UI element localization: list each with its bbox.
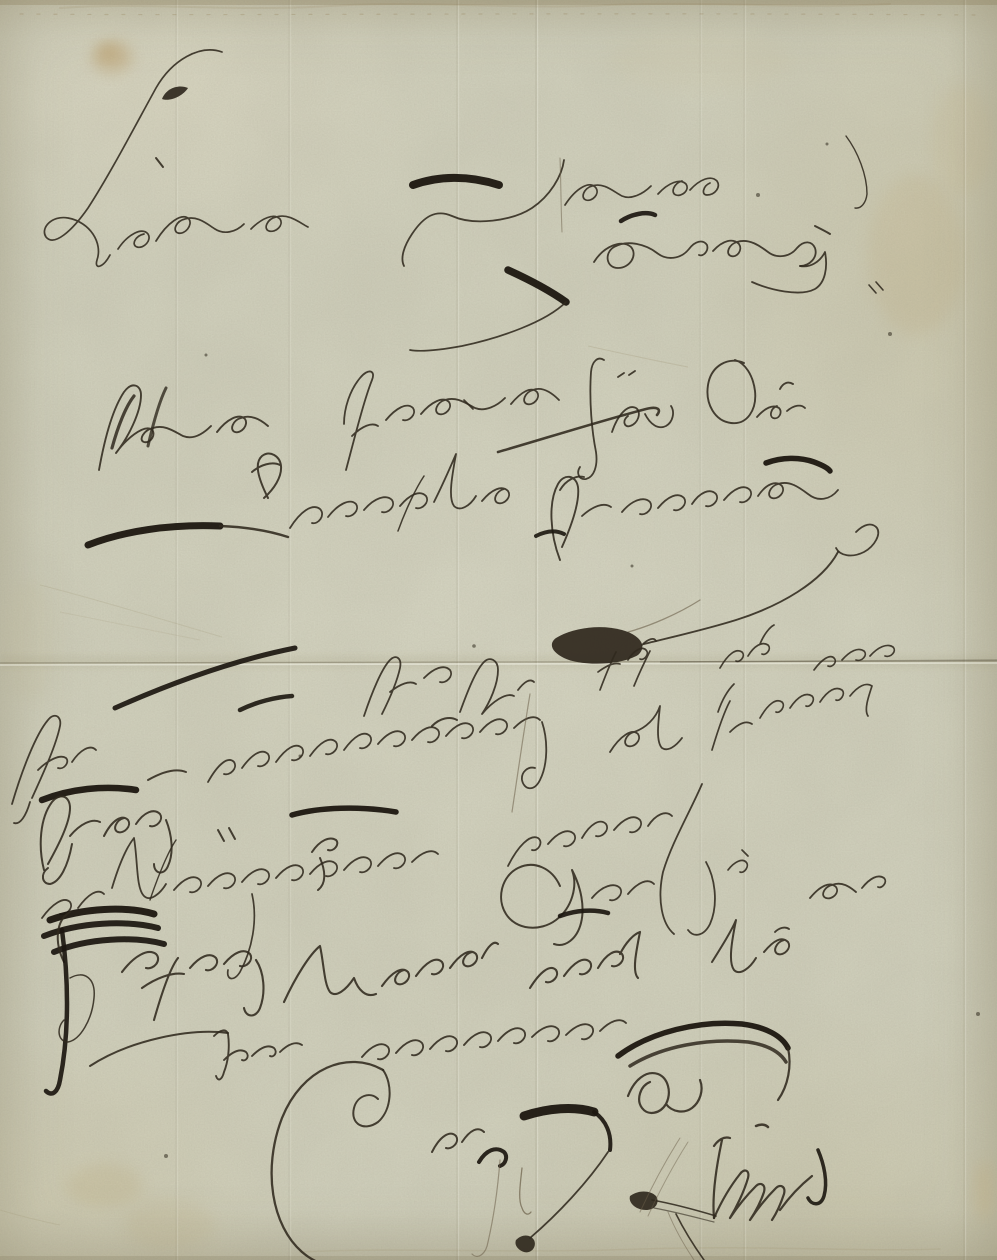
paper-stain bbox=[125, 1200, 215, 1250]
ink-speck bbox=[205, 354, 208, 357]
paper-stain bbox=[932, 85, 992, 195]
ink-speck bbox=[299, 755, 302, 758]
bottom-edge-tint bbox=[0, 1256, 997, 1260]
ink-speck bbox=[826, 143, 829, 146]
top-edge-tint bbox=[0, 0, 997, 5]
paper-stain bbox=[99, 45, 117, 59]
paper-stain bbox=[5, 580, 55, 700]
ink-speck bbox=[976, 1012, 980, 1016]
ink-speck bbox=[631, 565, 634, 568]
letter-artwork bbox=[0, 0, 997, 1260]
ink-speck bbox=[164, 1154, 168, 1158]
ink-speck bbox=[756, 193, 760, 197]
paper-stain bbox=[974, 1160, 994, 1220]
paper-stain bbox=[67, 1164, 143, 1208]
ink-speck bbox=[888, 332, 892, 336]
letter-page bbox=[0, 0, 997, 1260]
paper-stain bbox=[868, 175, 964, 335]
ink-speck bbox=[472, 644, 476, 648]
